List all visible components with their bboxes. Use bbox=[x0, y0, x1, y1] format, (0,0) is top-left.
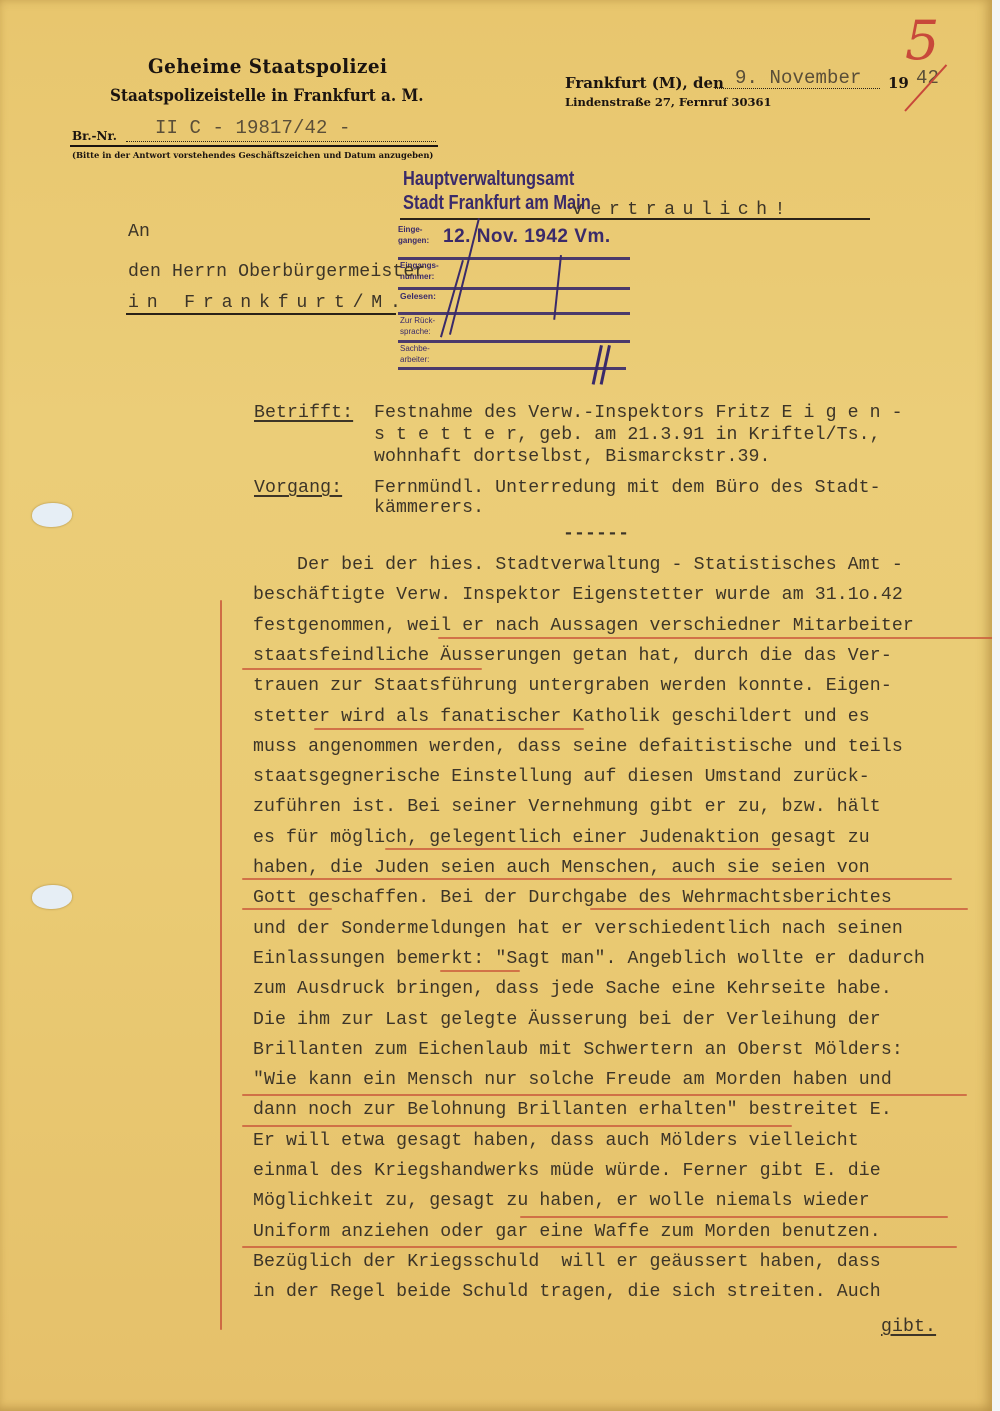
body-line: Uniform anziehen oder gar eine Waffe zum… bbox=[253, 1222, 881, 1242]
body-line: Der bei der hies. Stadtverwaltung - Stat… bbox=[253, 555, 903, 575]
body-line: Bezüglich der Kriegsschuld will er geäus… bbox=[253, 1252, 881, 1272]
body-line: Gott geschaffen. Bei der Durchgabe des W… bbox=[253, 888, 892, 908]
body-line: Möglichkeit zu, gesagt zu haben, er woll… bbox=[253, 1191, 870, 1211]
recipient-line-3: in Frankfurt/M. bbox=[128, 293, 409, 313]
dateline-address: Lindenstraße 27, Fernruf 30361 bbox=[565, 95, 772, 109]
classification-label: vertraulich! bbox=[572, 200, 793, 220]
separator: ------ bbox=[563, 524, 629, 544]
red-underline bbox=[242, 1246, 957, 1248]
office-name: Staatspolizeistelle in Frankfurt a. M. bbox=[110, 86, 424, 105]
body-line: Die ihm zur Last gelegte Äusserung bei d… bbox=[253, 1010, 881, 1030]
subject-line-3: wohnhaft dortselbst, Bismarckstr.39. bbox=[374, 447, 771, 467]
red-underline bbox=[314, 728, 584, 730]
punch-hole-top bbox=[32, 503, 72, 527]
body-line: muss angenommen werden, dass seine defai… bbox=[253, 737, 903, 757]
agency-name: Geheime Staatspolizei bbox=[148, 54, 388, 78]
reference-line-2: kämmerers. bbox=[374, 498, 484, 518]
red-underline bbox=[438, 637, 993, 639]
stamp-rule-4 bbox=[398, 340, 630, 343]
red-underline bbox=[520, 1216, 948, 1218]
continuation-word: gibt. bbox=[881, 1317, 936, 1337]
body-line: es für möglich, gelegentlich einer Juden… bbox=[253, 828, 870, 848]
body-line: staatsfeindliche Äusserungen getan hat, … bbox=[253, 646, 892, 666]
recipient-line-1: An bbox=[128, 222, 150, 242]
red-underline bbox=[440, 970, 520, 972]
subject-label: Betrifft: bbox=[254, 403, 353, 423]
body-line: trauen zur Staatsführung untergraben wer… bbox=[253, 676, 892, 696]
body-line: Er will etwa gesagt haben, dass auch Möl… bbox=[253, 1131, 859, 1151]
body-line: haben, die Juden seien auch Menschen, au… bbox=[253, 858, 870, 878]
reference-label-vorgang: Vorgang: bbox=[254, 478, 342, 498]
punch-hole-bottom bbox=[32, 885, 72, 909]
red-underline bbox=[242, 1094, 967, 1096]
reference-rule bbox=[70, 145, 438, 147]
stamp-received-date: 12. Nov. 1942 Vm. bbox=[443, 226, 611, 248]
page-number-mark: 5 bbox=[905, 14, 939, 68]
stamp-rule-2 bbox=[398, 287, 630, 290]
stamp-field-clerk: Sachbe- arbeiter: bbox=[400, 343, 430, 365]
subject-line-2: s t e t t e r, geb. am 21.3.91 in Krifte… bbox=[374, 425, 881, 445]
body-line: festgenommen, weil er nach Aussagen vers… bbox=[253, 616, 914, 636]
body-line: dann noch zur Belohnung Brillanten erhal… bbox=[253, 1100, 892, 1120]
dateline-date: 9. November bbox=[735, 67, 862, 89]
reference-label: Br.-Nr. bbox=[72, 129, 117, 143]
body-line: zuführen ist. Bei seiner Vernehmung gibt… bbox=[253, 797, 881, 817]
dateline-place: Frankfurt (M), den bbox=[565, 74, 724, 92]
body-line: staatsgegnerische Einstellung auf diesen… bbox=[253, 767, 870, 787]
reference-note: (Bitte in der Antwort vorstehendes Gesch… bbox=[72, 150, 433, 160]
red-underline bbox=[242, 1125, 792, 1127]
body-line: "Wie kann ein Mensch nur solche Freude a… bbox=[253, 1070, 892, 1090]
scan-background-edge bbox=[992, 0, 1000, 1411]
red-underline bbox=[385, 848, 780, 850]
reference-dotted-line bbox=[126, 141, 436, 142]
red-underline bbox=[242, 668, 482, 670]
body-line: Einlassungen bemerkt: "Sagt man". Angebl… bbox=[253, 949, 925, 969]
subject-line-1: Festnahme des Verw.-Inspektors Fritz E i… bbox=[374, 403, 903, 423]
body-line: in der Regel beide Schuld tragen, die si… bbox=[253, 1282, 881, 1302]
red-margin-mark bbox=[220, 600, 222, 1330]
body-line: Brillanten zum Eichenlaub mit Schwertern… bbox=[253, 1040, 903, 1060]
body-line: und der Sondermeldungen hat er verschied… bbox=[253, 919, 903, 939]
stamp-received-label: Einge- gangen: bbox=[398, 224, 429, 246]
recipient-rule bbox=[126, 313, 396, 315]
red-underline bbox=[242, 908, 332, 910]
stamp-line-1: Hauptverwaltungsamt bbox=[403, 168, 574, 191]
stamp-rule-5 bbox=[398, 367, 626, 370]
document-page: Geheime Staatspolizei Staatspolizeistell… bbox=[0, 0, 992, 1411]
red-underline bbox=[590, 908, 968, 910]
stamp-field-consult: Zur Rück- sprache: bbox=[400, 315, 435, 337]
recipient-line-2: den Herrn Oberbürgermeister bbox=[128, 262, 425, 282]
dateline-dotted-line bbox=[715, 88, 880, 89]
body-line: beschäftigte Verw. Inspektor Eigenstette… bbox=[253, 585, 903, 605]
red-underline bbox=[242, 878, 952, 880]
reference-number: II C - 19817/42 - bbox=[155, 117, 351, 139]
body-line: stetter wird als fanatischer Katholik ge… bbox=[253, 707, 870, 727]
body-line: einmal des Kriegshandwerks müde würde. F… bbox=[253, 1161, 881, 1181]
stamp-line-2: Stadt Frankfurt am Main bbox=[403, 192, 591, 215]
reference-line-1: Fernmündl. Unterredung mit dem Büro des … bbox=[374, 478, 881, 498]
dateline-year-prefix: 19 bbox=[888, 74, 909, 92]
body-line: zum Ausdruck bringen, dass jede Sache ei… bbox=[253, 979, 892, 999]
